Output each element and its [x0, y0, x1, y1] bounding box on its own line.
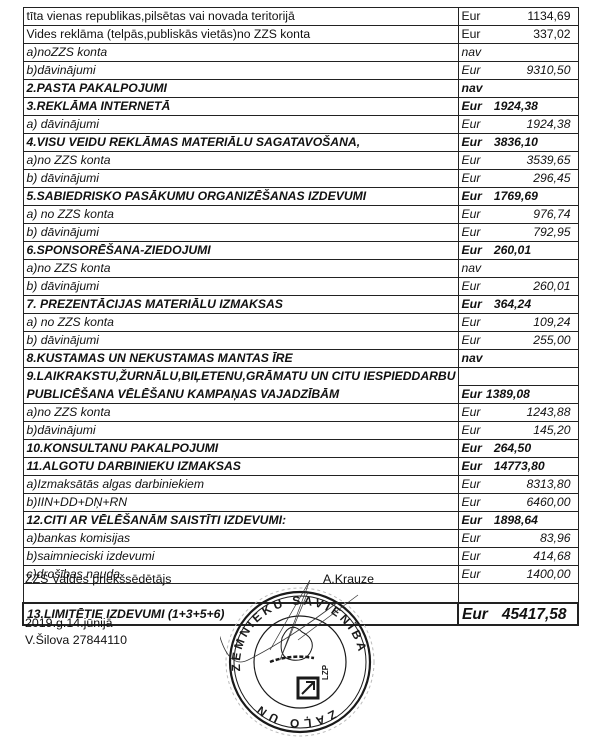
currency: nav	[462, 44, 482, 61]
row-label: 6.SPONSORĒŠANA-ZIEDOJUMI	[23, 242, 458, 260]
table-row: b)dāvinājumiEur9310,50	[23, 62, 578, 80]
amount: 1243,88	[526, 404, 574, 421]
row-label: 4.VISU VEIDU REKLĀMAS MATERIĀLU SAGATAVO…	[23, 134, 458, 152]
row-label-continued: PUBLICĒŠANA VĒLĒŠANU KAMPAŅAS VAJADZĪBĀM	[23, 386, 458, 404]
amount: 1400,00	[526, 566, 574, 583]
currency: nav	[462, 80, 483, 97]
row-label: b) dāvinājumi	[23, 332, 458, 350]
table-row: 5.SABIEDRISKO PASĀKUMU ORGANIZĒŠANAS IZD…	[23, 188, 578, 206]
amount: 83,96	[540, 530, 575, 547]
currency: Eur	[462, 476, 481, 493]
currency: Eur	[462, 530, 481, 547]
table-row: b)IIN+DD+DŅ+RNEur6460,00	[23, 494, 578, 512]
amount	[571, 260, 575, 277]
table-row: a)no ZZS kontanav	[23, 260, 578, 278]
amount: 1924,38	[494, 98, 542, 115]
row-label: b)dāvinājumi	[23, 422, 458, 440]
amount-cell: Eur1243,88	[458, 404, 578, 422]
amount-cell: Eur45417,58	[458, 603, 578, 625]
amount-cell: Eur1924,38	[458, 116, 578, 134]
table-row: b)saimnieciski izdevumiEur414,68	[23, 548, 578, 566]
amount: 45417,58	[502, 606, 571, 623]
currency: Eur	[462, 8, 481, 25]
amount	[495, 80, 499, 97]
amount-cell: Eur260,01	[458, 278, 578, 296]
table-row: Vides reklāma (telpās,publiskās vietās)n…	[23, 26, 578, 44]
amount: 8313,80	[526, 476, 574, 493]
table-row: b) dāvinājumiEur296,45	[23, 170, 578, 188]
amount: 9310,50	[526, 62, 574, 79]
currency: Eur	[462, 26, 481, 43]
amount-cell: Eur255,00	[458, 332, 578, 350]
row-label: 9.LAIKRAKSTU,ŽURNĀLU,BIĻETENU,GRĀMATU UN…	[23, 368, 458, 386]
amount: 364,24	[494, 296, 535, 313]
amount: 3836,10	[494, 134, 542, 151]
currency: Eur	[462, 458, 482, 475]
table-row: 11.ALGOTU DARBINIEKU IZMAKSASEur14773,80	[23, 458, 578, 476]
currency: Eur	[462, 606, 488, 623]
currency: Eur	[462, 242, 482, 259]
currency: Eur	[462, 314, 481, 331]
expense-report-sheet: tīta vienas republikas,pilsētas vai nova…	[22, 7, 576, 626]
row-label: b) dāvinājumi	[23, 170, 458, 188]
row-label: b) dāvinājumi	[23, 278, 458, 296]
amount: 260,01	[533, 278, 574, 295]
table-row: 9.LAIKRAKSTU,ŽURNĀLU,BIĻETENU,GRĀMATU UN…	[23, 368, 578, 386]
currency: Eur	[462, 404, 481, 421]
currency: Eur	[462, 512, 482, 529]
row-label: 10.KONSULTANU PAKALPOJUMI	[23, 440, 458, 458]
amount-cell: Eur83,96	[458, 530, 578, 548]
row-label: a) no ZZS konta	[23, 314, 458, 332]
currency: Eur	[462, 170, 481, 187]
row-label: b)IIN+DD+DŅ+RN	[23, 494, 458, 512]
row-label: b)saimnieciski izdevumi	[23, 548, 458, 566]
amount-cell: Eur1898,64	[458, 512, 578, 530]
amount: 337,02	[533, 26, 574, 43]
amount-cell: nav	[458, 260, 578, 278]
amount-cell: Eur14773,80	[458, 458, 578, 476]
amount: 792,95	[533, 224, 574, 241]
currency: Eur	[462, 440, 482, 457]
currency: Eur	[462, 134, 482, 151]
currency: Eur	[462, 548, 481, 565]
currency: Eur	[462, 296, 482, 313]
amount-cell: nav	[458, 80, 578, 98]
amount: 145,20	[533, 422, 574, 439]
amount: 6460,00	[526, 494, 574, 511]
amount-cell: Eur414,68	[458, 548, 578, 566]
row-label: a)noZZS konta	[23, 44, 458, 62]
amount-cell: Eur1389,08	[458, 386, 578, 404]
table-row: b) dāvinājumiEur255,00	[23, 332, 578, 350]
amount: 255,00	[533, 332, 574, 349]
table-row: b) dāvinājumiEur260,01	[23, 278, 578, 296]
row-label: 12.CITI AR VĒLĒŠANĀM SAISTĪTI IZDEVUMI:	[23, 512, 458, 530]
currency: Eur	[462, 224, 481, 241]
table-row: a) no ZZS kontaEur976,74	[23, 206, 578, 224]
table-row: a)bankas komisijasEur83,96	[23, 530, 578, 548]
amount-cell: Eur1134,69	[458, 8, 578, 26]
table-row: a) dāvinājumiEur1924,38	[23, 116, 578, 134]
svg-text:LZP: LZP	[321, 664, 330, 680]
table-row: 3.REKLĀMA INTERNETĀEur1924,38	[23, 98, 578, 116]
currency: Eur	[462, 278, 481, 295]
amount-cell: Eur260,01	[458, 242, 578, 260]
table-row: PUBLICĒŠANA VĒLĒŠANU KAMPAŅAS VAJADZĪBĀM…	[23, 386, 578, 404]
table-row: 2.PASTA PAKALPOJUMInav	[23, 80, 578, 98]
amount: 1134,69	[527, 8, 574, 25]
amount: 1924,38	[526, 116, 574, 133]
row-label: 11.ALGOTU DARBINIEKU IZMAKSAS	[23, 458, 458, 476]
table-row: a)no ZZS kontaEur3539,65	[23, 152, 578, 170]
row-label: a) dāvinājumi	[23, 116, 458, 134]
currency: Eur	[462, 494, 481, 511]
amount-cell: nav	[458, 44, 578, 62]
amount-cell: Eur9310,50	[458, 62, 578, 80]
amount-cell: nav	[458, 350, 578, 368]
row-label: 2.PASTA PAKALPOJUMI	[23, 80, 458, 98]
row-label: b) dāvinājumi	[23, 224, 458, 242]
amount: 1898,64	[494, 512, 542, 529]
amount: 264,50	[494, 440, 535, 457]
currency: Eur	[462, 332, 481, 349]
currency: Eur	[462, 62, 481, 79]
amount-cell: Eur296,45	[458, 170, 578, 188]
row-label: a)no ZZS konta	[23, 404, 458, 422]
amount-cell-empty	[458, 368, 578, 386]
expense-table: tīta vienas republikas,pilsētas vai nova…	[22, 7, 579, 626]
contact-info: V.Šilova 27844110	[25, 633, 127, 647]
amount-cell: Eur1769,69	[458, 188, 578, 206]
currency: nav	[462, 260, 482, 277]
amount-cell: Eur3836,10	[458, 134, 578, 152]
amount-cell: Eur1400,00	[458, 566, 578, 584]
table-row: a)Izmaksātās algas darbiniekiemEur8313,8…	[23, 476, 578, 494]
report-date: 2019.g.14.jūnijā	[25, 616, 113, 630]
currency: Eur	[462, 98, 482, 115]
currency: nav	[462, 350, 483, 367]
table-row: a) no ZZS kontaEur109,24	[23, 314, 578, 332]
table-row: b)dāvinājumiEur145,20	[23, 422, 578, 440]
row-label: a)no ZZS konta	[23, 152, 458, 170]
amount: 414,68	[533, 548, 574, 565]
currency: Eur	[462, 116, 481, 133]
table-row: 4.VISU VEIDU REKLĀMAS MATERIĀLU SAGATAVO…	[23, 134, 578, 152]
amount: 3539,65	[526, 152, 574, 169]
amount-cell: Eur3539,65	[458, 152, 578, 170]
table-row: 10.KONSULTANU PAKALPOJUMIEur264,50	[23, 440, 578, 458]
row-label: 5.SABIEDRISKO PASĀKUMU ORGANIZĒŠANAS IZD…	[23, 188, 458, 206]
row-label: 7. PREZENTĀCIJAS MATERIĀLU IZMAKSAS	[23, 296, 458, 314]
official-stamp-icon: ZEMNIEKU SAVIENĪBA ZAĻO UN LZP	[220, 580, 380, 740]
amount	[571, 44, 575, 61]
row-label: tīta vienas republikas,pilsētas vai nova…	[23, 8, 458, 26]
amount: 14773,80	[494, 458, 549, 475]
amount: 296,45	[533, 170, 574, 187]
amount-cell: Eur264,50	[458, 440, 578, 458]
amount-cell	[458, 584, 578, 604]
table-row: a)noZZS kontanav	[23, 44, 578, 62]
currency: Eur	[462, 206, 481, 223]
table-row: tīta vienas republikas,pilsētas vai nova…	[23, 8, 578, 26]
amount-cell: Eur8313,80	[458, 476, 578, 494]
amount-cell: Eur364,24	[458, 296, 578, 314]
amount: 260,01	[494, 242, 535, 259]
amount-cell: Eur976,74	[458, 206, 578, 224]
currency: Eur	[462, 188, 482, 205]
signer-title: ZZS Valdes priekšsēdētājs	[25, 572, 171, 586]
row-label: a)Izmaksātās algas darbiniekiem	[23, 476, 458, 494]
row-label: 3.REKLĀMA INTERNETĀ	[23, 98, 458, 116]
row-label: a)no ZZS konta	[23, 260, 458, 278]
table-row: b) dāvinājumiEur792,95	[23, 224, 578, 242]
row-label: a) no ZZS konta	[23, 206, 458, 224]
currency: Eur	[462, 386, 482, 403]
amount-cell: Eur1924,38	[458, 98, 578, 116]
amount-cell: Eur145,20	[458, 422, 578, 440]
amount-cell: Eur337,02	[458, 26, 578, 44]
amount-cell: Eur6460,00	[458, 494, 578, 512]
amount	[495, 350, 499, 367]
currency: Eur	[462, 566, 481, 583]
row-label: b)dāvinājumi	[23, 62, 458, 80]
row-label: a)bankas komisijas	[23, 530, 458, 548]
amount: 1389,08	[486, 386, 534, 403]
row-label: 8.KUSTAMAS UN NEKUSTAMAS MANTAS ĪRE	[23, 350, 458, 368]
currency: Eur	[462, 152, 481, 169]
amount: 1769,69	[494, 188, 542, 205]
table-row: a)no ZZS kontaEur1243,88	[23, 404, 578, 422]
table-row: 12.CITI AR VĒLĒŠANĀM SAISTĪTI IZDEVUMI:E…	[23, 512, 578, 530]
amount-cell: Eur792,95	[458, 224, 578, 242]
table-row: 7. PREZENTĀCIJAS MATERIĀLU IZMAKSASEur36…	[23, 296, 578, 314]
row-label: Vides reklāma (telpās,publiskās vietās)n…	[23, 26, 458, 44]
table-row: 6.SPONSORĒŠANA-ZIEDOJUMIEur260,01	[23, 242, 578, 260]
amount: 976,74	[533, 206, 574, 223]
table-row: 8.KUSTAMAS UN NEKUSTAMAS MANTAS ĪREnav	[23, 350, 578, 368]
amount-cell: Eur109,24	[458, 314, 578, 332]
currency: Eur	[462, 422, 481, 439]
amount: 109,24	[533, 314, 574, 331]
